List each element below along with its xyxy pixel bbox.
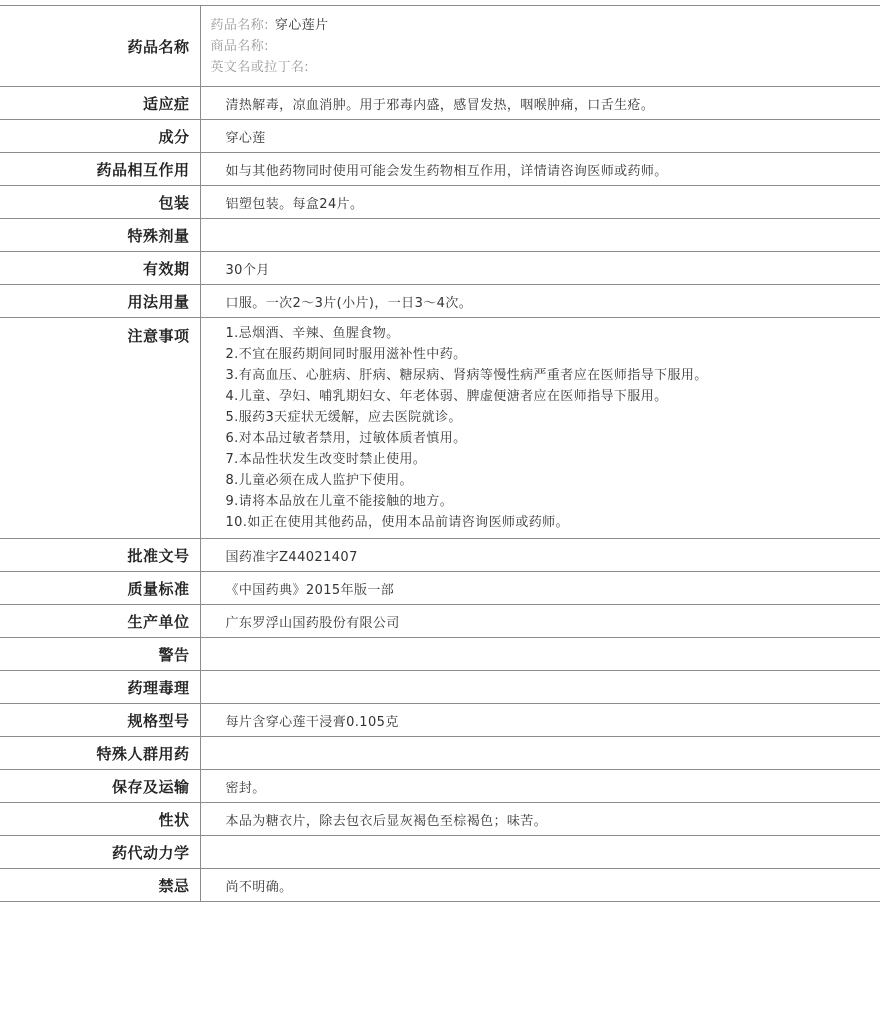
row-warning: 警告 <box>0 638 880 671</box>
label-packaging: 包装 <box>0 186 200 219</box>
value-storage-transport: 密封。 <box>200 770 880 803</box>
precaution-item: 5.服药3天症状无缓解，应去医院就诊。 <box>226 407 880 428</box>
value-special-dosage <box>200 219 880 252</box>
row-quality-standard: 质量标准 《中国药典》2015年版一部 <box>0 572 880 605</box>
drug-spec-table: 药品名称 药品名称:穿心莲片 商品名称: 英文名或拉丁名: 适应症 清热解毒，凉… <box>0 5 880 902</box>
label-ingredients: 成分 <box>0 120 200 153</box>
label-special-populations: 特殊人群用药 <box>0 737 200 770</box>
precaution-item: 4.儿童、孕妇、哺乳期妇女、年老体弱、脾虚便溏者应在医师指导下服用。 <box>226 386 880 407</box>
latin-name-key: 英文名或拉丁名: <box>211 60 310 75</box>
row-precautions: 注意事项 1.忌烟酒、辛辣、鱼腥食物。 2.不宜在服药期间同时服用滋补性中药。 … <box>0 318 880 539</box>
label-pharmacokinetics: 药代动力学 <box>0 836 200 869</box>
value-description: 本品为糖衣片，除去包衣后显灰褐色至棕褐色；味苦。 <box>200 803 880 836</box>
value-packaging: 铝塑包装。每盒24片。 <box>200 186 880 219</box>
precaution-item: 10.如正在使用其他药品，使用本品前请咨询医师或药师。 <box>226 512 880 533</box>
value-drug-interactions: 如与其他药物同时使用可能会发生药物相互作用，详情请咨询医师或药师。 <box>200 153 880 186</box>
label-storage-transport: 保存及运输 <box>0 770 200 803</box>
precaution-item: 7.本品性状发生改变时禁止使用。 <box>226 449 880 470</box>
row-indications: 适应症 清热解毒，凉血消肿。用于邪毒内盛，感冒发热，咽喉肿痛，口舌生疮。 <box>0 87 880 120</box>
label-description: 性状 <box>0 803 200 836</box>
row-special-populations: 特殊人群用药 <box>0 737 880 770</box>
value-precautions: 1.忌烟酒、辛辣、鱼腥食物。 2.不宜在服药期间同时服用滋补性中药。 3.有高血… <box>200 318 880 539</box>
row-pharmacokinetics: 药代动力学 <box>0 836 880 869</box>
row-description: 性状 本品为糖衣片，除去包衣后显灰褐色至棕褐色；味苦。 <box>0 803 880 836</box>
precaution-item: 9.请将本品放在儿童不能接触的地方。 <box>226 491 880 512</box>
row-shelf-life: 有效期 30个月 <box>0 252 880 285</box>
row-specification: 规格型号 每片含穿心莲干浸膏0.105克 <box>0 704 880 737</box>
row-ingredients: 成分 穿心莲 <box>0 120 880 153</box>
label-precautions: 注意事项 <box>0 318 200 539</box>
label-warning: 警告 <box>0 638 200 671</box>
row-special-dosage: 特殊剂量 <box>0 219 880 252</box>
precaution-item: 8.儿童必须在成人监护下使用。 <box>226 470 880 491</box>
row-manufacturer: 生产单位 广东罗浮山国药股份有限公司 <box>0 605 880 638</box>
latin-name-line: 英文名或拉丁名: <box>211 57 880 78</box>
value-manufacturer: 广东罗浮山国药股份有限公司 <box>200 605 880 638</box>
generic-name-value: 穿心莲片 <box>275 18 329 33</box>
row-approval-number: 批准文号 国药准字Z44021407 <box>0 539 880 572</box>
value-shelf-life: 30个月 <box>200 252 880 285</box>
row-usage-dosage: 用法用量 口服。一次2～3片(小片)，一日3～4次。 <box>0 285 880 318</box>
label-drug-interactions: 药品相互作用 <box>0 153 200 186</box>
precaution-item: 2.不宜在服药期间同时服用滋补性中药。 <box>226 344 880 365</box>
value-usage-dosage: 口服。一次2～3片(小片)，一日3～4次。 <box>200 285 880 318</box>
label-quality-standard: 质量标准 <box>0 572 200 605</box>
value-pharmacokinetics <box>200 836 880 869</box>
generic-name-key: 药品名称: <box>211 18 269 33</box>
label-usage-dosage: 用法用量 <box>0 285 200 318</box>
label-drug-name: 药品名称 <box>0 6 200 87</box>
value-approval-number: 国药准字Z44021407 <box>200 539 880 572</box>
label-shelf-life: 有效期 <box>0 252 200 285</box>
precaution-item: 3.有高血压、心脏病、肝病、糖尿病、肾病等慢性病严重者应在医师指导下服用。 <box>226 365 880 386</box>
precaution-item: 6.对本品过敏者禁用，过敏体质者慎用。 <box>226 428 880 449</box>
value-special-populations <box>200 737 880 770</box>
trade-name-line: 商品名称: <box>211 36 880 57</box>
label-special-dosage: 特殊剂量 <box>0 219 200 252</box>
row-storage-transport: 保存及运输 密封。 <box>0 770 880 803</box>
label-indications: 适应症 <box>0 87 200 120</box>
label-pharmacology-toxicology: 药理毒理 <box>0 671 200 704</box>
trade-name-key: 商品名称: <box>211 39 269 54</box>
value-contraindications: 尚不明确。 <box>200 869 880 902</box>
row-contraindications: 禁忌 尚不明确。 <box>0 869 880 902</box>
value-specification: 每片含穿心莲干浸膏0.105克 <box>200 704 880 737</box>
value-pharmacology-toxicology <box>200 671 880 704</box>
row-packaging: 包装 铝塑包装。每盒24片。 <box>0 186 880 219</box>
value-drug-name: 药品名称:穿心莲片 商品名称: 英文名或拉丁名: <box>200 6 880 87</box>
row-drug-interactions: 药品相互作用 如与其他药物同时使用可能会发生药物相互作用，详情请咨询医师或药师。 <box>0 153 880 186</box>
precaution-item: 1.忌烟酒、辛辣、鱼腥食物。 <box>226 323 880 344</box>
row-drug-name: 药品名称 药品名称:穿心莲片 商品名称: 英文名或拉丁名: <box>0 6 880 87</box>
label-manufacturer: 生产单位 <box>0 605 200 638</box>
value-warning <box>200 638 880 671</box>
label-approval-number: 批准文号 <box>0 539 200 572</box>
value-indications: 清热解毒，凉血消肿。用于邪毒内盛，感冒发热，咽喉肿痛，口舌生疮。 <box>200 87 880 120</box>
drug-spec-sheet: 药品名称 药品名称:穿心莲片 商品名称: 英文名或拉丁名: 适应症 清热解毒，凉… <box>0 0 880 902</box>
generic-name-line: 药品名称:穿心莲片 <box>211 15 880 36</box>
row-pharmacology-toxicology: 药理毒理 <box>0 671 880 704</box>
label-specification: 规格型号 <box>0 704 200 737</box>
value-ingredients: 穿心莲 <box>200 120 880 153</box>
label-contraindications: 禁忌 <box>0 869 200 902</box>
value-quality-standard: 《中国药典》2015年版一部 <box>200 572 880 605</box>
